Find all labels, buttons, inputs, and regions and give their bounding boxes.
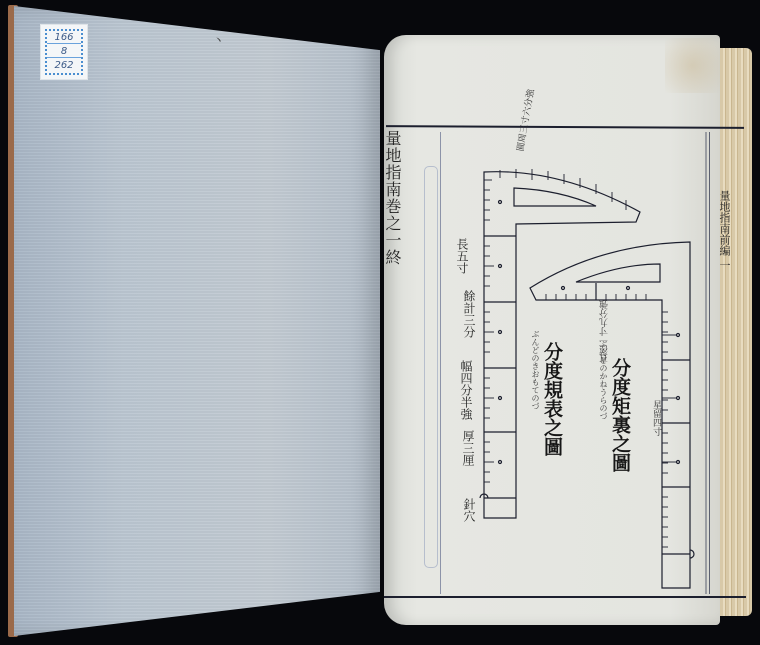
figure-title-protractor-face: 分度規表之圖 (540, 342, 564, 456)
protractor-diagram (0, 0, 760, 645)
ruby-protractor-face: ぶんどのきおもてのづ (530, 330, 541, 410)
ruby-square-back: ぶんどのかねうらのづ (598, 340, 609, 420)
figure-title-square-back: 分度矩裏之圖 (608, 358, 632, 472)
spine-title: 量地指南前編 一 (718, 190, 730, 271)
right-ruler-label: 星留四寸 (650, 400, 663, 436)
